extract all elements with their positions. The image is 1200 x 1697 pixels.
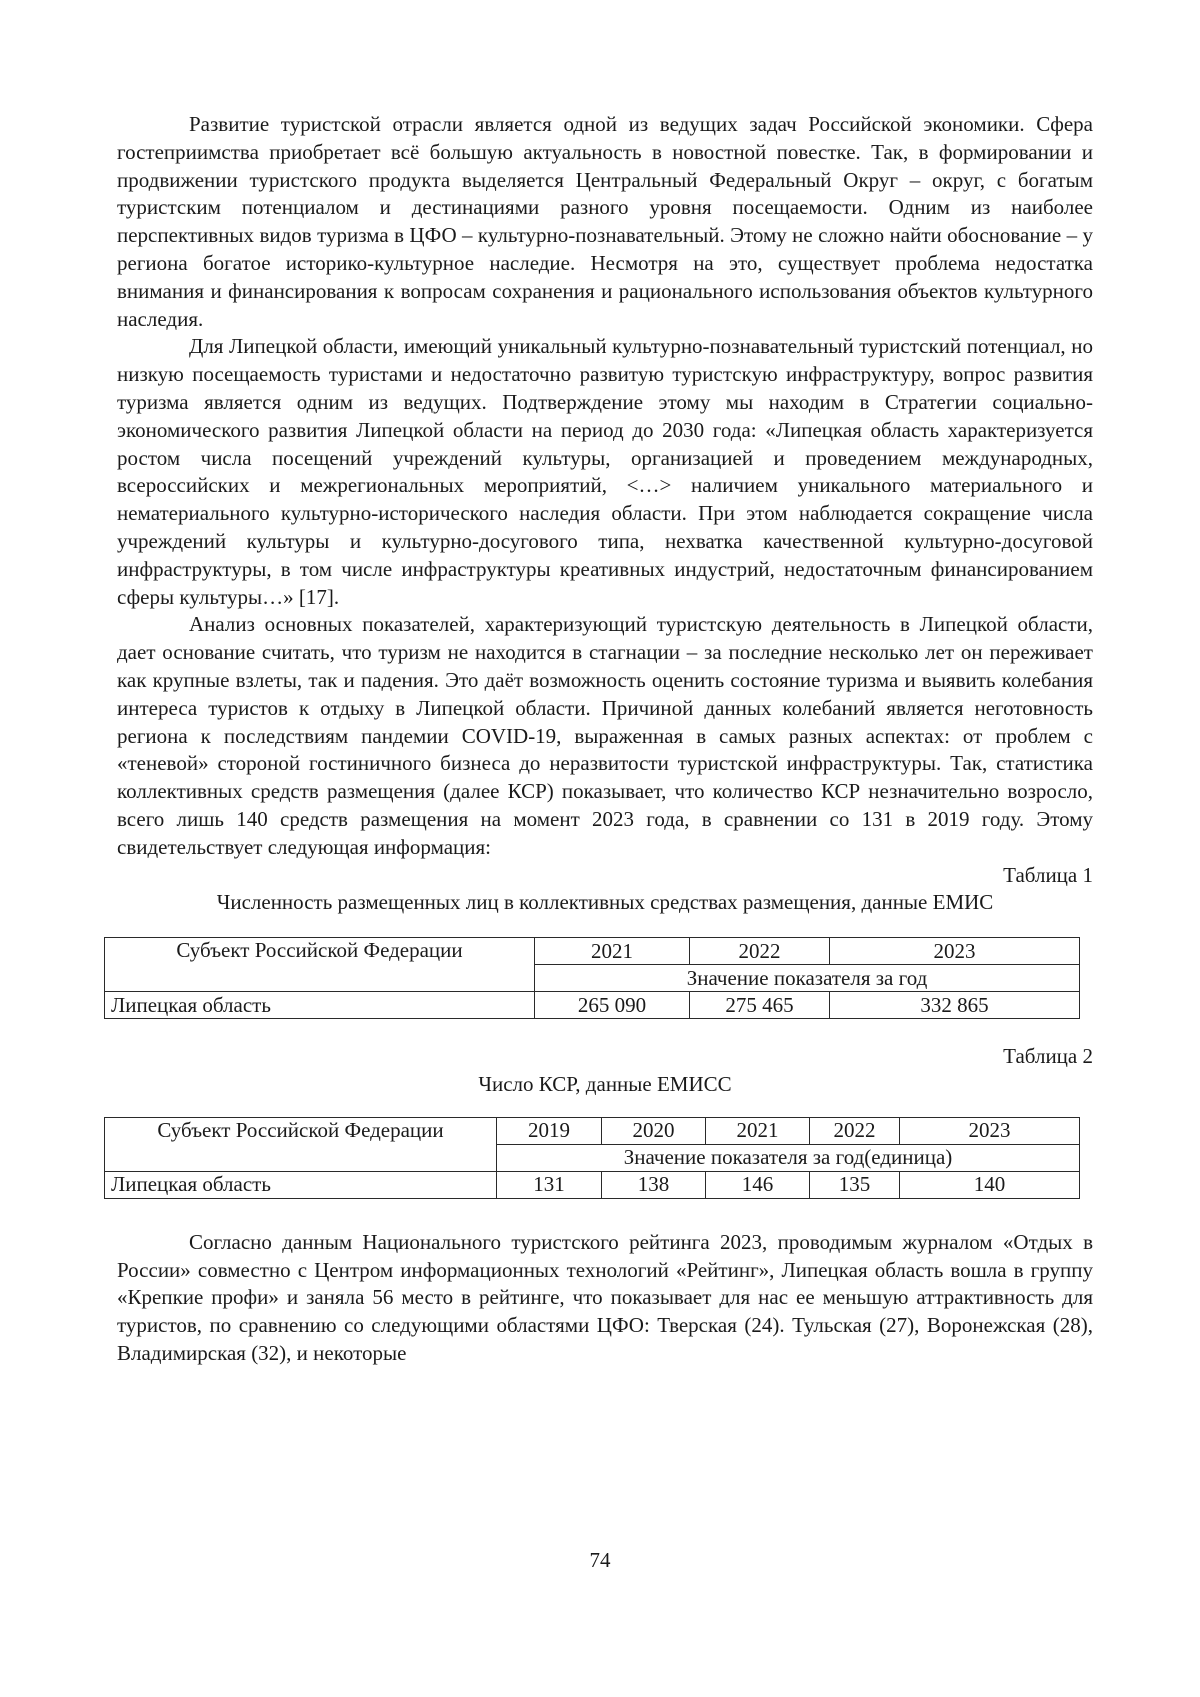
table2-subject-header: Субъект Российской Федерации xyxy=(105,1117,497,1171)
table-row: Липецкая область 131 138 146 135 140 xyxy=(105,1171,1080,1198)
table1-region-cell: Липецкая область xyxy=(105,992,535,1019)
table2-value-cell: 131 xyxy=(497,1171,602,1198)
table2-title: Число КСР, данные ЕМИСС xyxy=(117,1071,1093,1099)
table-row: Липецкая область 265 090 275 465 332 865 xyxy=(105,992,1080,1019)
document-page: Развитие туристской отрасли является одн… xyxy=(117,111,1093,1368)
table2-value-cell: 140 xyxy=(900,1171,1080,1198)
table1-value-cell: 265 090 xyxy=(535,992,690,1019)
paragraph-intro: Развитие туристской отрасли является одн… xyxy=(117,111,1093,333)
table2-region-cell: Липецкая область xyxy=(105,1171,497,1198)
table2-year-header: 2019 xyxy=(497,1117,602,1144)
table2-header-row: Субъект Российской Федерации 2019 2020 2… xyxy=(105,1117,1080,1144)
table1-subject-header: Субъект Российской Федерации xyxy=(105,938,535,992)
table1-number: Таблица 1 xyxy=(117,862,1093,890)
paragraph-analysis: Анализ основных показателей, характеризу… xyxy=(117,611,1093,861)
table1-year-header: 2023 xyxy=(830,938,1080,965)
paragraph-national-rating: Согласно данным Национального туристског… xyxy=(117,1229,1093,1368)
table2-year-header: 2021 xyxy=(706,1117,810,1144)
table2-year-header: 2023 xyxy=(900,1117,1080,1144)
table1-value-cell: 332 865 xyxy=(830,992,1080,1019)
table1-value-cell: 275 465 xyxy=(690,992,830,1019)
paragraph-lipetsk-strategy: Для Липецкой области, имеющий уникальный… xyxy=(117,333,1093,611)
spacer xyxy=(117,1199,1093,1229)
table2-year-header: 2022 xyxy=(810,1117,900,1144)
table2-value-cell: 138 xyxy=(602,1171,706,1198)
table2-number: Таблица 2 xyxy=(117,1043,1093,1071)
table1-year-header: 2021 xyxy=(535,938,690,965)
table2-value-cell: 146 xyxy=(706,1171,810,1198)
table1-year-header: 2022 xyxy=(690,938,830,965)
table2-year-header: 2020 xyxy=(602,1117,706,1144)
table2-value-cell: 135 xyxy=(810,1171,900,1198)
table1-header-row: Субъект Российской Федерации 2021 2022 2… xyxy=(105,938,1080,965)
page-number: 74 xyxy=(0,1548,1200,1573)
table2: Субъект Российской Федерации 2019 2020 2… xyxy=(104,1117,1080,1199)
table1-title: Численность размещенных лиц в коллективн… xyxy=(117,889,1093,917)
table1-subheader: Значение показателя за год xyxy=(535,965,1080,992)
table1: Субъект Российской Федерации 2021 2022 2… xyxy=(104,937,1080,1019)
table2-subheader: Значение показателя за год(единица) xyxy=(497,1144,1080,1171)
